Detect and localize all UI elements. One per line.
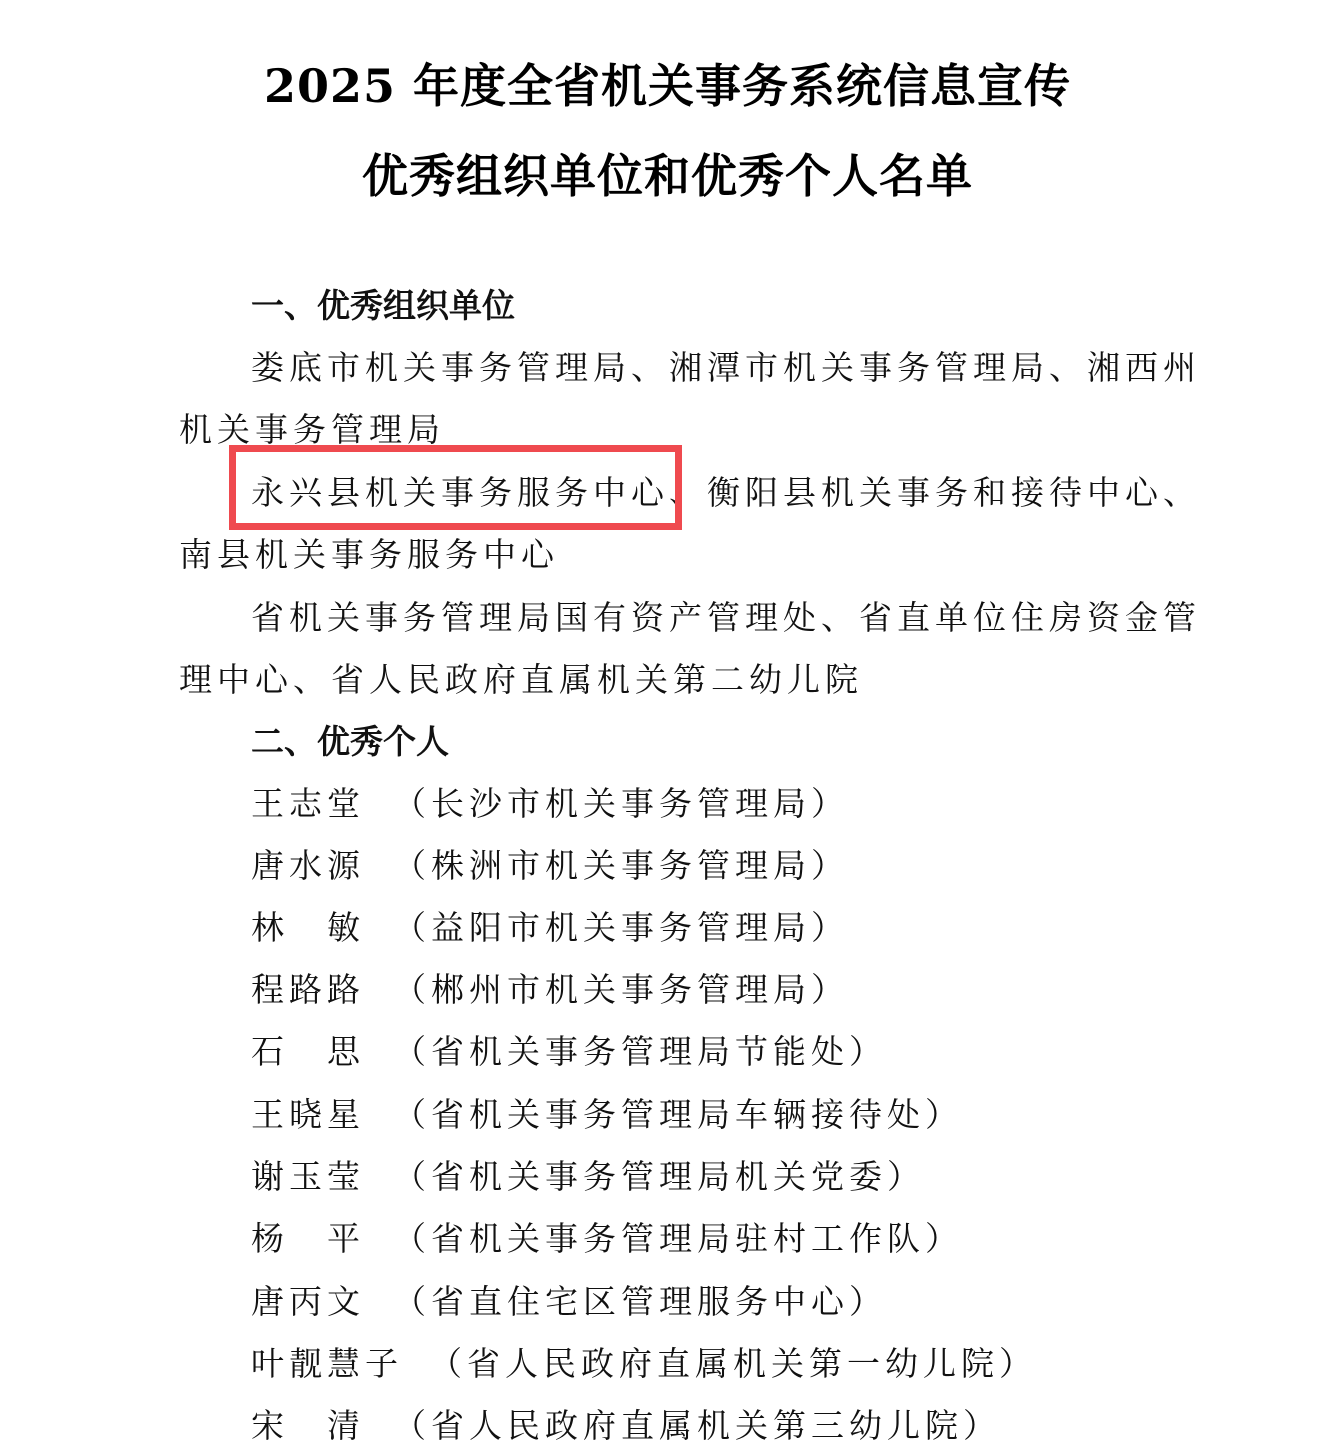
- person-unit: （益阳市机关事务管理局）: [393, 908, 849, 947]
- document-title-line-2: 优秀组织单位和优秀个人名单: [0, 140, 1335, 206]
- person-unit: （郴州市机关事务管理局）: [393, 970, 849, 1009]
- person-item: 唐水源（株洲市机关事务管理局）: [251, 840, 849, 887]
- document-title-line-1: 2025 年度全省机关事务系统信息宣传: [0, 50, 1335, 116]
- person-name: 王晓星: [251, 1089, 393, 1136]
- person-unit: （省人民政府直属机关第一幼儿院）: [429, 1344, 1037, 1383]
- person-unit: （省直住宅区管理服务中心）: [393, 1282, 887, 1321]
- person-unit: （长沙市机关事务管理局）: [393, 784, 849, 823]
- person-name: 唐水源: [251, 840, 393, 887]
- person-unit: （省机关事务管理局机关党委）: [393, 1157, 925, 1196]
- person-name: 宋 清: [251, 1400, 393, 1447]
- person-name: 叶靓慧子: [251, 1338, 429, 1385]
- person-unit: （株洲市机关事务管理局）: [393, 846, 849, 885]
- person-item: 叶靓慧子（省人民政府直属机关第一幼儿院）: [251, 1338, 1037, 1385]
- person-unit: （省人民政府直属机关第三幼儿院）: [393, 1406, 1001, 1445]
- red-highlight-box: [229, 445, 682, 530]
- person-item: 唐丙文（省直住宅区管理服务中心）: [251, 1276, 887, 1323]
- person-name: 王志堂: [251, 778, 393, 825]
- person-unit: （省机关事务管理局车辆接待处）: [393, 1095, 963, 1134]
- person-name: 杨 平: [251, 1213, 393, 1260]
- org-line: 省机关事务管理局国有资产管理处、省直单位住房资金管: [251, 592, 1201, 639]
- person-unit: （省机关事务管理局驻村工作队）: [393, 1219, 963, 1258]
- person-name: 石 思: [251, 1026, 393, 1073]
- org-line: 南县机关事务服务中心: [179, 529, 559, 576]
- person-item: 林 敏（益阳市机关事务管理局）: [251, 902, 849, 949]
- section-heading-org: 一、优秀组织单位: [251, 280, 515, 327]
- org-line: 机关事务管理局: [179, 404, 445, 451]
- org-line: 娄底市机关事务管理局、湘潭市机关事务管理局、湘西州: [251, 342, 1201, 389]
- person-item: 谢玉莹（省机关事务管理局机关党委）: [251, 1151, 925, 1198]
- person-item: 王志堂（长沙市机关事务管理局）: [251, 778, 849, 825]
- person-name: 唐丙文: [251, 1276, 393, 1323]
- person-unit: （省机关事务管理局节能处）: [393, 1032, 887, 1071]
- section-heading-people: 二、优秀个人: [251, 716, 449, 763]
- person-name: 林 敏: [251, 902, 393, 949]
- org-line: 理中心、省人民政府直属机关第二幼儿院: [179, 654, 863, 701]
- person-item: 宋 清（省人民政府直属机关第三幼儿院）: [251, 1400, 1001, 1447]
- person-item: 王晓星（省机关事务管理局车辆接待处）: [251, 1089, 963, 1136]
- person-item: 杨 平（省机关事务管理局驻村工作队）: [251, 1213, 963, 1260]
- person-item: 程路路（郴州市机关事务管理局）: [251, 964, 849, 1011]
- person-name: 谢玉莹: [251, 1151, 393, 1198]
- person-name: 程路路: [251, 964, 393, 1011]
- person-item: 石 思（省机关事务管理局节能处）: [251, 1026, 887, 1073]
